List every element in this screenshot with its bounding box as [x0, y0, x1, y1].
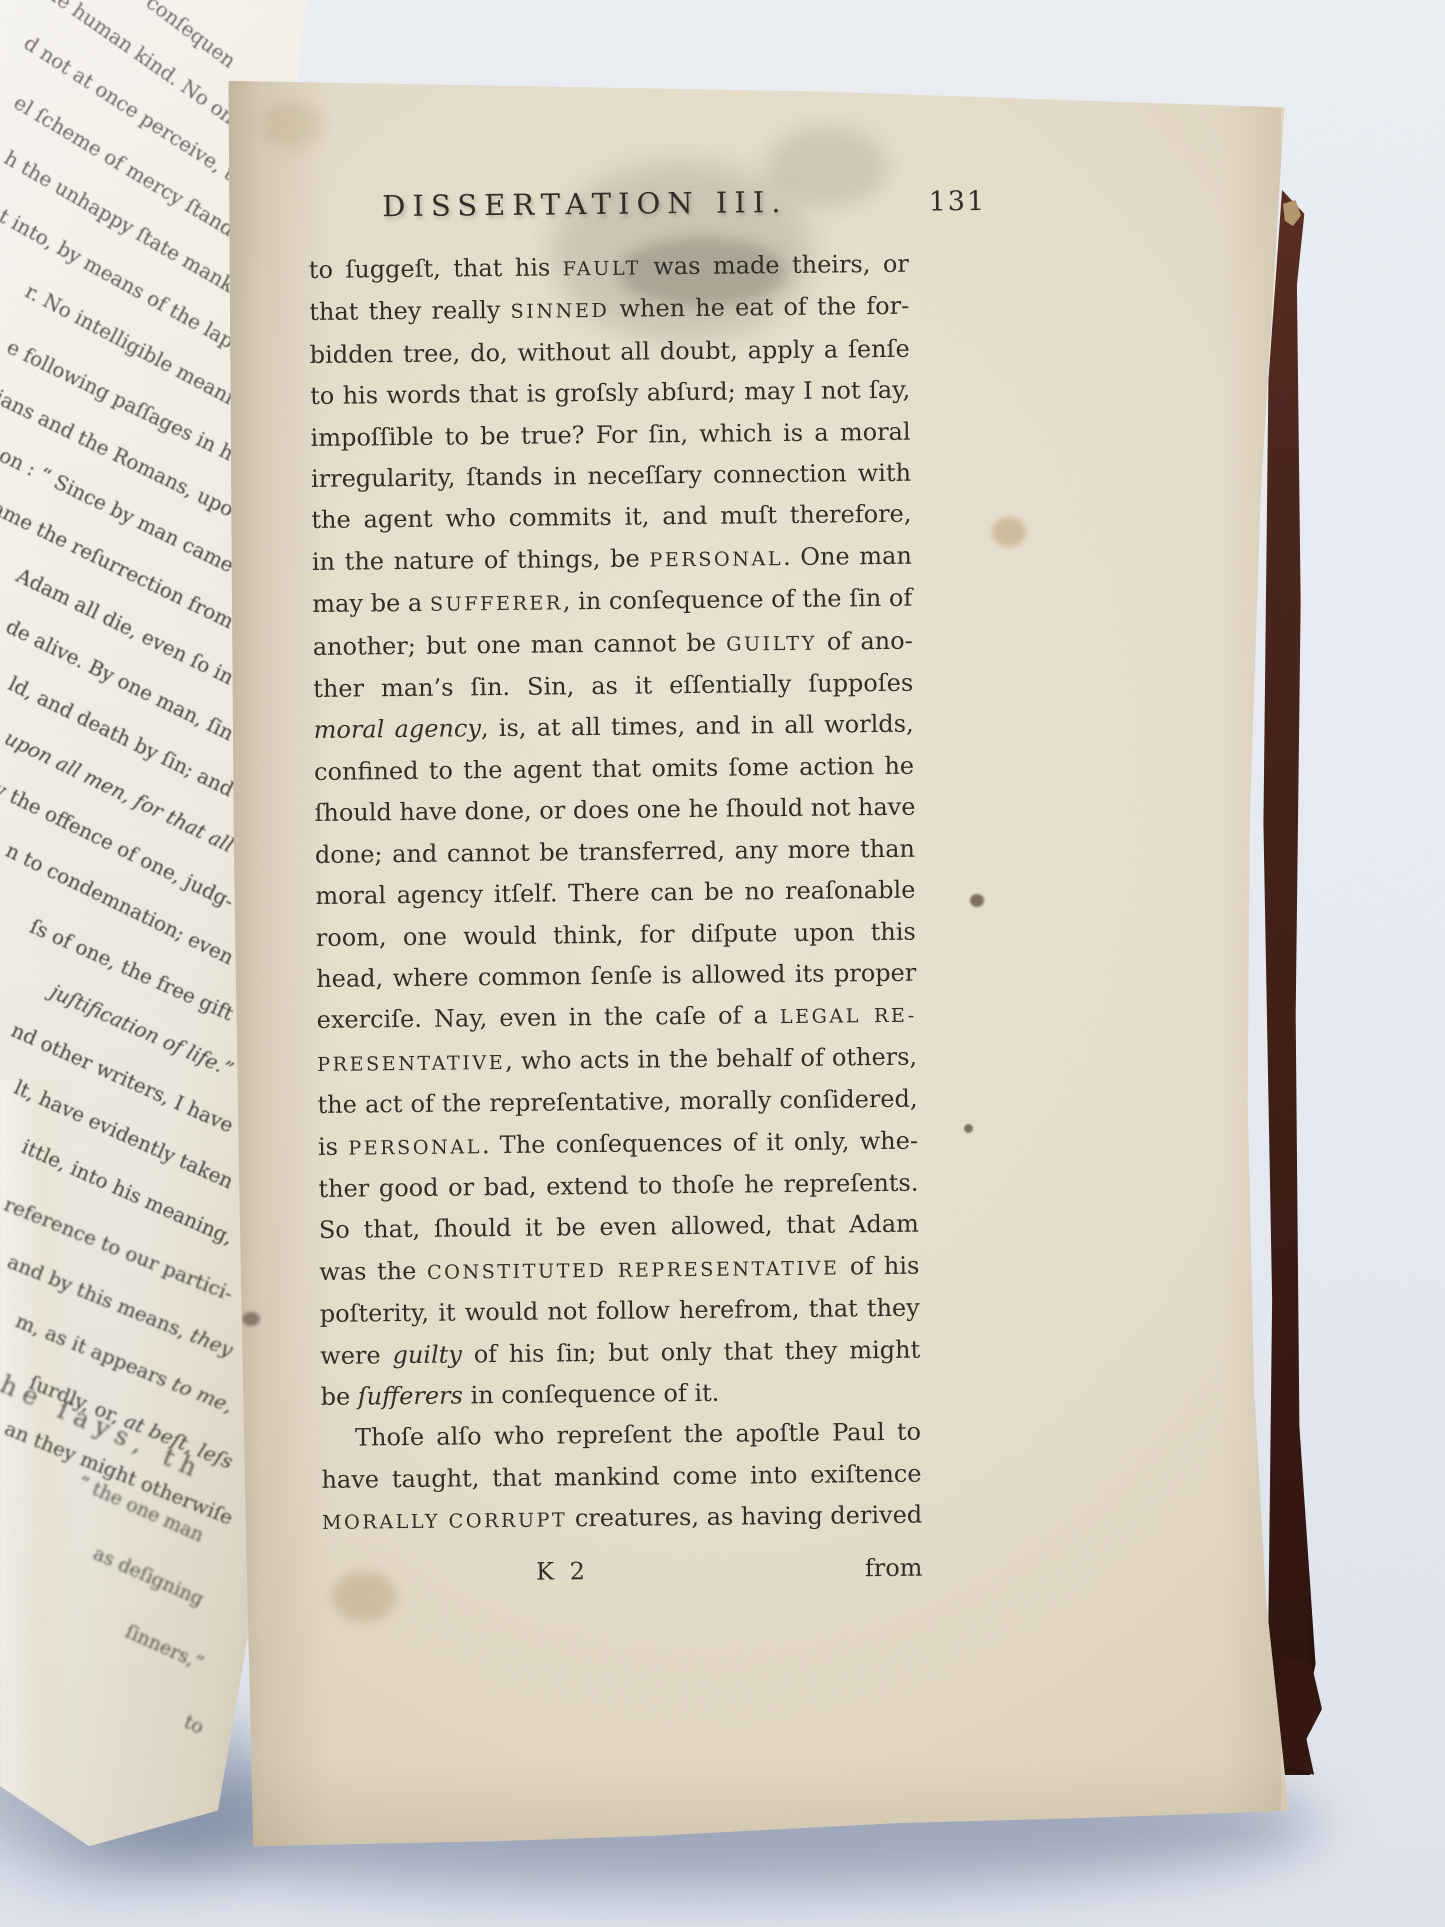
text-line: confined to the agent that omits ſome ac… — [314, 746, 914, 794]
text-line: ſhould have done, or does one he ſhould … — [314, 787, 914, 835]
text-segment: was made theirs, or — [641, 250, 909, 281]
text-segment: d not at once perceive, t — [20, 31, 240, 185]
text-segment: was the — [319, 1257, 427, 1286]
text-line: de alive. By one man, ſin — [0, 403, 245, 760]
text-segment: exerciſe. Nay, even in the caſe of a — [317, 1001, 780, 1034]
text-segment: e following paſſages in h — [3, 335, 238, 466]
text-segment: PERSONAL — [348, 1135, 482, 1159]
text-segment: upon all men, for that all — [1, 725, 238, 857]
text-segment: Adam all die, even ſo in — [13, 563, 238, 689]
text-line: juſtification of life.” — [0, 760, 244, 1096]
text-segment: h the unhappy ſtate mank — [0, 146, 239, 298]
text-segment: when he ſays, th — [0, 1322, 209, 1485]
text-line: Adam all die, even ſo in — [0, 347, 245, 704]
text-line: be ſufferers in conſequence of it. — [320, 1371, 920, 1419]
text-segment: to me, — [169, 1371, 237, 1417]
text-line: “ the one man — [0, 1280, 216, 1566]
left-page-lower-text: when he ſays, th“ the one manas deſignin… — [0, 1440, 200, 1760]
text-line: to ſuggeſt, that his FAULT was made thei… — [309, 244, 909, 293]
text-line: have taught, that mankind come into exiſ… — [321, 1453, 921, 1501]
catchword: from — [802, 1553, 922, 1582]
text-segment: T I O N III. — [49, 0, 245, 11]
text-line: done; and cannot be transferred, any mor… — [315, 828, 915, 876]
text-segment: , and of its conſequen — [51, 0, 241, 73]
text-segment: ther good or bad, extend to thoſe he rep… — [318, 1169, 918, 1203]
leather-cover-edge — [1256, 190, 1318, 1775]
text-segment: ians and the Romans, upo — [0, 385, 238, 522]
text-segment: PERSONAL — [649, 547, 783, 571]
text-line: reference to our partici- — [0, 1006, 243, 1320]
text-segment: be — [320, 1383, 357, 1411]
text-segment: another; but one man cannot be — [313, 628, 727, 660]
text-segment: LEGAL RE- — [780, 1004, 917, 1028]
text-segment: impoſſible to be true? For ſin, which is… — [310, 417, 910, 451]
text-line: T I O N III. — [0, 0, 258, 27]
text-line: le human kind. No on — [0, 0, 249, 142]
text-segment: the agent who commits it, and muſt there… — [311, 500, 911, 534]
text-segment: the act of the repreſentative, morally c… — [317, 1085, 917, 1119]
text-segment: FAULT — [563, 257, 641, 281]
text-line: h the unhappy ſtate mank — [0, 0, 247, 311]
text-line: moral agency itſelf. There can be no rea… — [315, 870, 915, 918]
text-line: on : “ Since by man came — [0, 235, 245, 592]
left-page-fore-edge — [0, 1080, 70, 1840]
text-line: the agent who commits it, and muſt there… — [311, 494, 911, 542]
text-line: d not at once perceive, t — [0, 0, 248, 198]
text-line: PRESENTATIVE, who acts in the behalf of … — [317, 1036, 917, 1085]
page-number: 131 — [928, 186, 986, 218]
text-segment: n to condemnation; even — [2, 838, 238, 969]
text-line: ſinners,” — [0, 1408, 216, 1694]
text-line: Thoſe alſo who repreſent the apoſtle Pau… — [321, 1412, 921, 1460]
text-line: e following paſſages in h — [0, 123, 245, 480]
text-segment: ld, and death by ſin; and — [5, 671, 238, 801]
text-segment: at beſt, leſs — [121, 1408, 237, 1473]
text-line: el ſcheme of mercy ſtand — [0, 0, 247, 255]
text-line: ſs of one, the free gift — [0, 704, 244, 1040]
text-line: ther man’s ſin. Sin, as it eſſentially ſ… — [313, 663, 913, 711]
text-segment: irregularity, ſtands in neceſſary connec… — [311, 459, 911, 493]
text-segment: to ſuggeſt, that his — [309, 253, 563, 284]
text-line: as deſigning — [0, 1344, 216, 1630]
text-segment: de alive. By one man, ſin — [2, 614, 237, 745]
text-segment: , who acts in the behalf of others, — [505, 1042, 917, 1074]
text-segment: came the reſurrection from — [0, 490, 238, 633]
text-segment: may be a — [312, 589, 430, 618]
text-segment: GUILTY — [726, 631, 817, 655]
text-segment: head, where common ſenſe is allowed its … — [316, 959, 916, 993]
text-segment: is — [318, 1132, 349, 1160]
text-line: n to condemnation; even — [0, 627, 245, 984]
text-line: ians and the Romans, upo — [0, 179, 245, 536]
text-segment: room, one would think, for diſpute upon … — [316, 917, 916, 951]
text-line: So that, ſhould it be even allowed, that… — [319, 1204, 919, 1252]
text-line: that they really SINNED when he eat of t… — [309, 286, 909, 335]
text-segment: when he eat of the for- — [609, 292, 909, 323]
text-segment: y the offence of one, judg- — [0, 776, 238, 913]
text-line: to his words that is groſsly abſurd; may… — [310, 370, 910, 418]
text-line: head, where common ſenſe is allowed its … — [316, 953, 916, 1001]
page-text-block: DISSERTATION III. 131 to ſuggeſt, that h… — [308, 184, 923, 1588]
text-segment: poſterity, it would not follow herefrom,… — [320, 1294, 920, 1328]
text-line: an they might otherwiſe — [0, 1230, 243, 1544]
text-segment: done; and cannot be transferred, any mor… — [315, 834, 915, 868]
text-line: room, one would think, for diſpute upon … — [316, 911, 916, 959]
running-title: DISSERTATION III. — [382, 185, 788, 223]
text-line: to — [0, 1472, 216, 1758]
text-segment: ſufferers — [358, 1381, 463, 1410]
text-line: ittle, into his meaning, — [0, 928, 244, 1264]
text-segment: Thoſe alſo who repreſent the apoſtle Pau… — [355, 1418, 921, 1452]
text-segment: CONSTITUTED REPRESENTATIVE — [427, 1256, 840, 1283]
text-line: moral agency, is, at all times, and in a… — [313, 704, 913, 752]
text-line: when he ſays, th — [0, 1216, 216, 1502]
text-segment: on : “ Since by man came — [0, 443, 238, 578]
text-line: , and of its conſequen — [0, 0, 250, 85]
text-line: y the offence of one, judg- — [0, 571, 245, 928]
text-segment: So that, ſhould it be even allowed, that… — [319, 1210, 919, 1244]
text-segment: el ſcheme of mercy ſtand — [10, 90, 239, 241]
text-segment: bidden tree, do, without all doubt, appl… — [310, 335, 910, 369]
text-segment: they — [187, 1323, 237, 1362]
text-segment: r. No intelligible meani — [21, 279, 238, 410]
text-segment: in the nature of things, be — [312, 544, 650, 576]
text-segment: , is, at all times, and in all worlds, — [481, 710, 914, 743]
text-segment: m, as it appears — [12, 1308, 177, 1393]
text-line: poſterity, it would not follow herefrom,… — [320, 1288, 920, 1336]
text-segment: PRESENTATIVE — [317, 1051, 505, 1076]
signature-mark: K 2 — [322, 1554, 802, 1587]
text-segment: nd other writers, I have — [8, 1018, 237, 1138]
text-line: came the reſurrection from — [0, 291, 245, 648]
text-line: MORALLY CORRUPT creatures, as having der… — [322, 1495, 922, 1544]
text-segment: . The conſequences of it only, whe- — [482, 1126, 918, 1159]
text-segment: le human kind. No on — [48, 0, 241, 129]
text-segment: juſtification of life.” — [47, 979, 237, 1081]
text-line: impoſſible to be true? For ſin, which is… — [310, 411, 910, 459]
text-line: is PERSONAL. The conſequences of it only… — [318, 1120, 918, 1169]
body-text: to ſuggeſt, that his FAULT was made thei… — [309, 244, 923, 1544]
text-line: upon all men, for that all — [0, 515, 245, 872]
text-line: exerciſe. Nay, even in the caſe of a LEG… — [316, 994, 916, 1043]
text-segment: moral agency itſelf. There can be no rea… — [315, 876, 915, 910]
text-segment: creatures, as having derived — [567, 1501, 922, 1533]
text-segment: of his ſin; but only that they might — [462, 1335, 921, 1368]
text-segment: guilty — [392, 1340, 462, 1369]
text-segment: SUFFERER — [430, 592, 563, 616]
signature-line: K 2 from — [322, 1553, 922, 1587]
text-line: m, as it appears to me, — [0, 1118, 243, 1432]
book-photo: T I O N III., and of its conſequenle hum… — [0, 0, 1445, 1927]
text-segment: ther man’s ſin. Sin, as it eſſentially ſ… — [313, 669, 913, 703]
text-segment: and by this means, — [4, 1249, 196, 1345]
text-line: may be a SUFFERER, in conſequence of the… — [312, 578, 912, 627]
text-segment: ht into, by means of the lap — [0, 197, 239, 353]
right-page: DISSERTATION III. 131 to ſuggeſt, that h… — [222, 72, 1305, 1848]
text-line: r. No intelligible meani — [0, 45, 246, 423]
foxing-spot — [992, 517, 1026, 547]
text-segment: moral agency — [314, 715, 482, 745]
text-segment: MORALLY CORRUPT — [322, 1509, 568, 1535]
text-line: was the CONSTITUTED REPRESENTATIVE of hi… — [319, 1245, 919, 1294]
text-line: ſurdly, or, at beſt, leſs — [0, 1174, 243, 1488]
text-line: and by this means, they — [0, 1062, 243, 1376]
text-line: were guilty of his ſin; but only that th… — [320, 1329, 920, 1377]
text-segment: ſurdly, or, — [26, 1370, 130, 1431]
text-line: ther good or bad, extend to thoſe he rep… — [318, 1163, 918, 1211]
text-segment: ſhould have done, or does one he ſhould … — [314, 793, 915, 827]
text-segment: of his — [839, 1251, 919, 1280]
text-segment: an they might otherwiſe — [1, 1416, 236, 1530]
text-segment: of ano- — [817, 626, 913, 655]
text-segment: confined to the agent that omits ſome ac… — [314, 752, 914, 786]
running-header: DISSERTATION III. 131 — [308, 183, 986, 224]
text-line: another; but one man cannot be GUILTY of… — [313, 620, 913, 669]
foxing-spot — [964, 1124, 973, 1133]
text-segment: . One man — [783, 542, 912, 571]
text-segment: ſinners,” — [122, 1621, 207, 1675]
text-segment: SINNED — [510, 299, 609, 323]
text-segment: , in conſequence of the ſin of — [563, 584, 913, 616]
foxing-spot — [970, 894, 984, 907]
text-segment: to — [181, 1711, 207, 1739]
left-page-text: T I O N III., and of its conſequenle hum… — [0, 0, 230, 1546]
text-segment: ſs of one, the free gift — [26, 914, 237, 1025]
text-segment: reference to our partici- — [1, 1192, 237, 1306]
text-line: irregularity, ſtands in neceſſary connec… — [311, 453, 911, 501]
text-segment: were — [320, 1341, 393, 1370]
text-segment: that they really — [309, 296, 511, 326]
text-line: bidden tree, do, without all doubt, appl… — [310, 329, 910, 377]
text-line: in the nature of things, be PERSONAL. On… — [312, 536, 912, 585]
text-segment: to his words that is groſsly abſurd; may… — [310, 376, 910, 410]
text-segment: in conſequence of it. — [463, 1379, 720, 1410]
text-line: ld, and death by ſin; and — [0, 459, 245, 816]
text-segment: “ the one man — [74, 1471, 207, 1546]
text-segment: ittle, into his meaning, — [18, 1134, 237, 1249]
text-line: the act of the repreſentative, morally c… — [317, 1079, 917, 1127]
text-line: lt, have evidently taken — [0, 872, 244, 1208]
text-line: ht into, by means of the lap — [0, 0, 246, 367]
text-segment: as deſigning — [90, 1542, 207, 1610]
text-segment: have taught, that mankind come into exiſ… — [321, 1459, 921, 1493]
text-segment: lt, have evidently taken — [11, 1075, 238, 1193]
text-line: nd other writers, I have — [0, 816, 244, 1152]
